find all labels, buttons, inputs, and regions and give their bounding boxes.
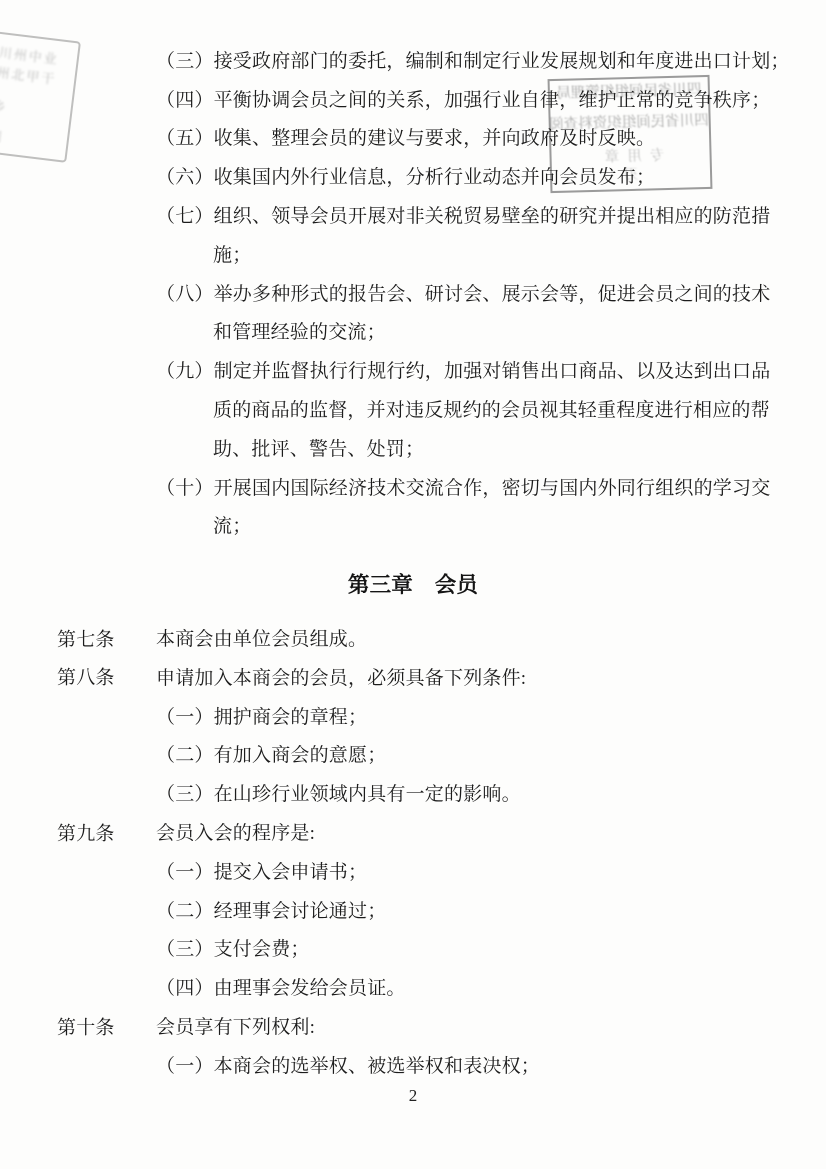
chapter-heading: 第三章 会员 [0, 566, 826, 605]
list-item-line: （六）收集国内外行业信息，分析行业动态并向会员发布； [0, 158, 826, 197]
continuation-line: 流； [0, 508, 826, 547]
article-line: 第九条会员入会的程序是: [0, 814, 826, 853]
scanned-document-page: 川州中业 州北甲干 乡 门 四川省民间组织管理局 四川省民间组织资料查阅 专用章… [0, 0, 826, 1169]
list-item-line: （三）在山珍行业领域内具有一定的影响。 [0, 775, 826, 814]
article-text: 本商会由单位会员组成。 [156, 630, 367, 649]
article-line: 第七条本商会由单位会员组成。 [0, 620, 826, 659]
list-item-line: （二）经理事会讨论通过； [0, 892, 826, 931]
list-item-line: （三）接受政府部门的委托，编制和制定行业发展规划和年度进出口计划； [0, 42, 826, 81]
page-number: 2 [0, 1086, 826, 1106]
list-item-line: （四）由理事会发给会员证。 [0, 969, 826, 1008]
list-item-line: （一）提交入会申请书； [0, 853, 826, 892]
list-item-line: （一）本商会的选举权、被选举权和表决权； [0, 1047, 826, 1086]
list-item-line: （四）平衡协调会员之间的关系，加强行业自律，维护正常的竞争秩序； [0, 81, 826, 120]
continuation-line: 施； [0, 236, 826, 275]
article-text: 会员入会的程序是: [156, 824, 315, 843]
article-number: 第七条 [57, 630, 115, 649]
list-item-line: （一）拥护商会的章程； [0, 698, 826, 737]
article-text: 会员享有下列权利: [156, 1018, 315, 1037]
list-item-line: （七）组织、领导会员开展对非关税贸易壁垒的研究并提出相应的防范措 [0, 197, 826, 236]
list-item-line: （二）有加入商会的意愿； [0, 737, 826, 776]
continuation-line: 质的商品的监督，并对违反规约的会员视其轻重程度进行相应的帮 [0, 391, 826, 430]
article-number: 第十条 [57, 1018, 115, 1037]
continuation-line: 和管理经验的交流； [0, 314, 826, 353]
list-item-line: （十）开展国内国际经济技术交流合作，密切与国内外同行组织的学习交 [0, 469, 826, 508]
list-item-line: （八）举办多种形式的报告会、研讨会、展示会等，促进会员之间的技术 [0, 275, 826, 314]
article-number: 第八条 [57, 669, 115, 688]
continuation-line: 助、批评、警告、处罚； [0, 430, 826, 469]
article-line: 第八条申请加入本商会的会员，必须具备下列条件: [0, 659, 826, 698]
document-body: （三）接受政府部门的委托，编制和制定行业发展规划和年度进出口计划；（四）平衡协调… [0, 42, 826, 1086]
list-item-line: （三）支付会费； [0, 931, 826, 970]
list-item-line: （九）制定并监督执行行规行约，加强对销售出口商品、以及达到出口品 [0, 352, 826, 391]
article-text: 申请加入本商会的会员，必须具备下列条件: [156, 669, 526, 688]
article-number: 第九条 [57, 824, 115, 843]
article-line: 第十条会员享有下列权利: [0, 1008, 826, 1047]
list-item-line: （五）收集、整理会员的建议与要求，并向政府及时反映。 [0, 120, 826, 159]
